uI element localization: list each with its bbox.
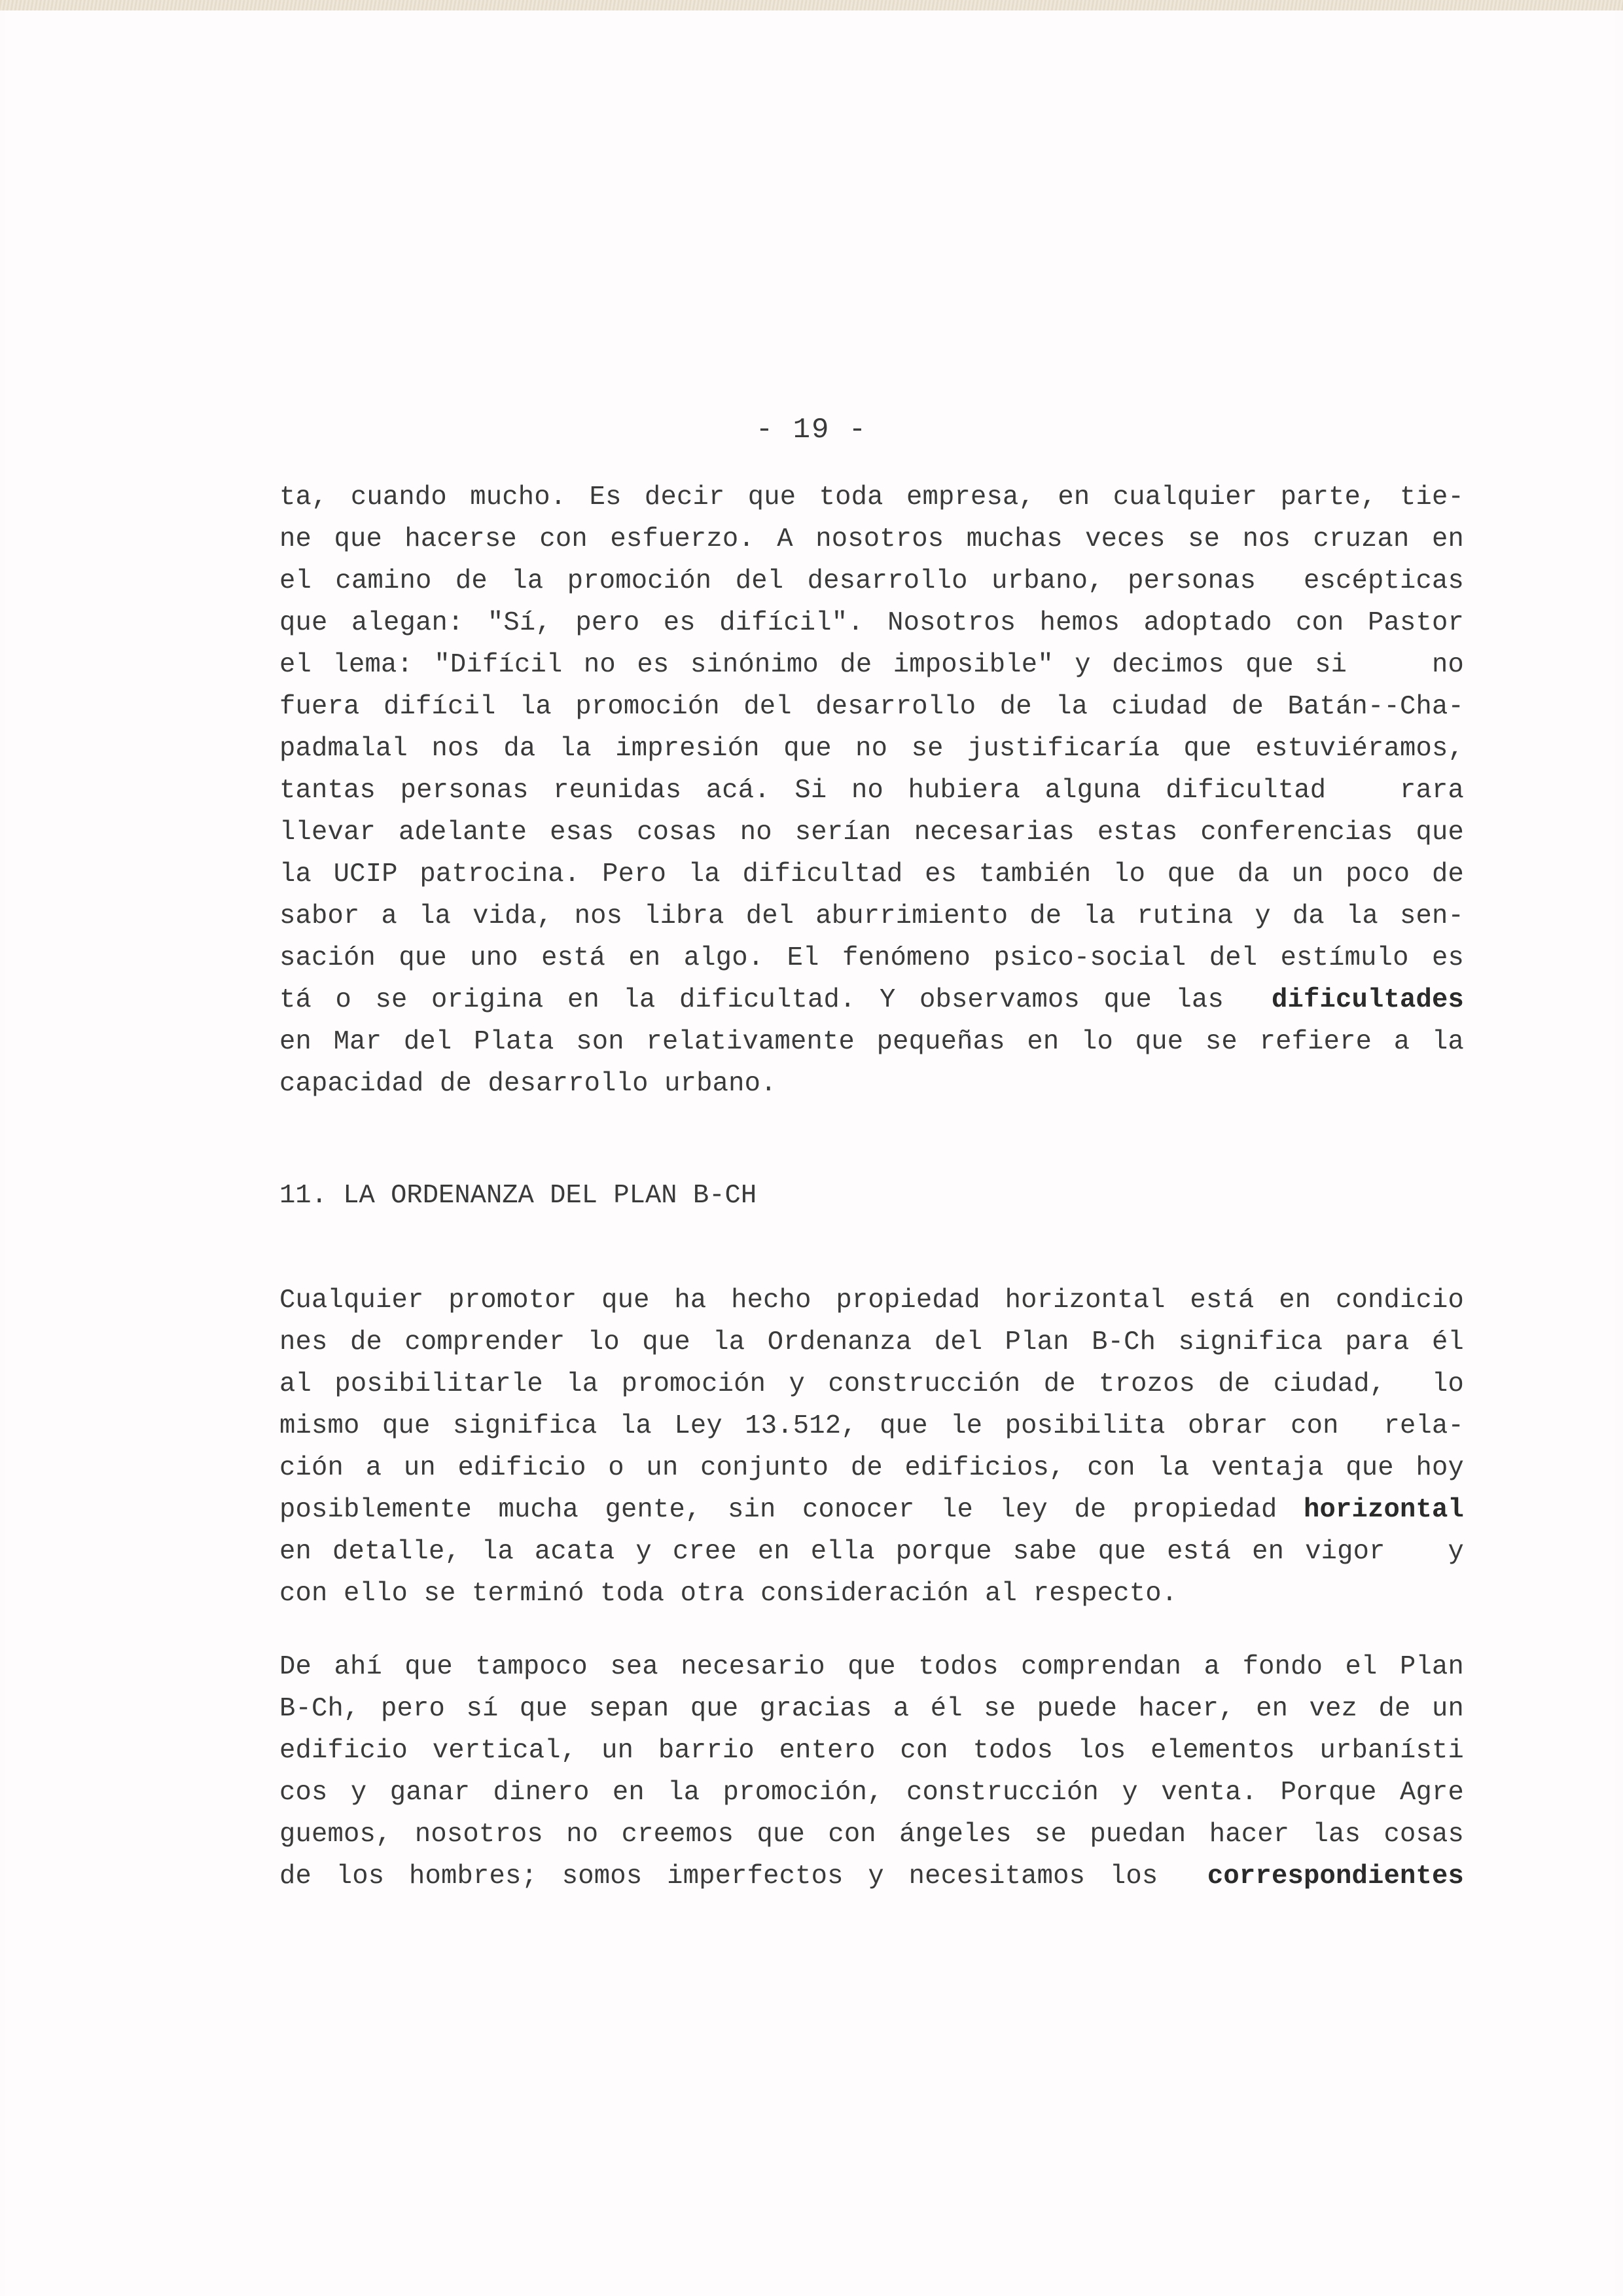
text-line: edificio vertical, un barrio entero con … bbox=[279, 1730, 1464, 1772]
section-heading: 11. LA ORDENANZA DEL PLAN B-CH bbox=[279, 1175, 757, 1217]
text-line: fuera difícil la promoción del desarroll… bbox=[279, 686, 1464, 728]
bold-word: dificultades bbox=[1272, 985, 1464, 1015]
text-line: guemos, nosotros no creemos que con ánge… bbox=[279, 1814, 1464, 1856]
text-segment: de los hombres; somos imperfectos y nece… bbox=[279, 1861, 1207, 1892]
text-line: tantas personas reunidas acá. Si no hubi… bbox=[279, 770, 1464, 812]
text-line: cos y ganar dinero en la promoción, cons… bbox=[279, 1772, 1464, 1814]
text-line-with-bold: posiblemente mucha gente, sin conocer le… bbox=[279, 1489, 1464, 1531]
text-line: sación que uno está en algo. El fenómeno… bbox=[279, 937, 1464, 979]
text-line: al posibilitarle la promoción y construc… bbox=[279, 1363, 1464, 1405]
text-line: Cualquier promotor que ha hecho propieda… bbox=[279, 1280, 1464, 1321]
page-number: - 19 - bbox=[0, 414, 1623, 446]
text-line: nes de comprender lo que la Ordenanza de… bbox=[279, 1321, 1464, 1363]
text-line: que alegan: "Sí, pero es difícil". Nosot… bbox=[279, 602, 1464, 644]
text-line: en detalle, la acata y cree en ella porq… bbox=[279, 1531, 1464, 1573]
text-line: ta, cuando mucho. Es decir que toda empr… bbox=[279, 476, 1464, 518]
paragraph-2: Cualquier promotor que ha hecho propieda… bbox=[279, 1280, 1464, 1615]
text-segment: posiblemente mucha gente, sin conocer le… bbox=[279, 1495, 1304, 1525]
text-segment: tá o se origina en la dificultad. Y obse… bbox=[279, 985, 1272, 1015]
text-line: el lema: "Difícil no es sinónimo de impo… bbox=[279, 644, 1464, 686]
bold-word: correspondientes bbox=[1207, 1861, 1464, 1892]
text-line: padmalal nos da la impresión que no se j… bbox=[279, 728, 1464, 770]
paragraph-3: De ahí que tampoco sea necesario que tod… bbox=[279, 1646, 1464, 1897]
text-line: llevar adelante esas cosas no serían nec… bbox=[279, 812, 1464, 853]
text-line: en Mar del Plata son relativamente peque… bbox=[279, 1021, 1464, 1063]
text-line: sabor a la vida, nos libra del aburrimie… bbox=[279, 895, 1464, 937]
text-line-with-bold: de los hombres; somos imperfectos y nece… bbox=[279, 1856, 1464, 1897]
text-line: ción a un edificio o un conjunto de edif… bbox=[279, 1447, 1464, 1489]
text-line: mismo que significa la Ley 13.512, que l… bbox=[279, 1405, 1464, 1447]
text-line: De ahí que tampoco sea necesario que tod… bbox=[279, 1646, 1464, 1688]
text-line: B-Ch, pero sí que sepan que gracias a él… bbox=[279, 1688, 1464, 1730]
text-line: capacidad de desarrollo urbano. bbox=[279, 1063, 1464, 1105]
document-page bbox=[5, 10, 1615, 2296]
text-line-with-bold: tá o se origina en la dificultad. Y obse… bbox=[279, 979, 1464, 1021]
text-line: con ello se terminó toda otra considerac… bbox=[279, 1573, 1464, 1615]
scan-top-edge bbox=[0, 0, 1623, 10]
paragraph-1: ta, cuando mucho. Es decir que toda empr… bbox=[279, 476, 1464, 1105]
bold-word: horizontal bbox=[1304, 1495, 1464, 1525]
text-line: ne que hacerse con esfuerzo. A nosotros … bbox=[279, 518, 1464, 560]
text-line: el camino de la promoción del desarrollo… bbox=[279, 560, 1464, 602]
text-line: la UCIP patrocina. Pero la dificultad es… bbox=[279, 853, 1464, 895]
